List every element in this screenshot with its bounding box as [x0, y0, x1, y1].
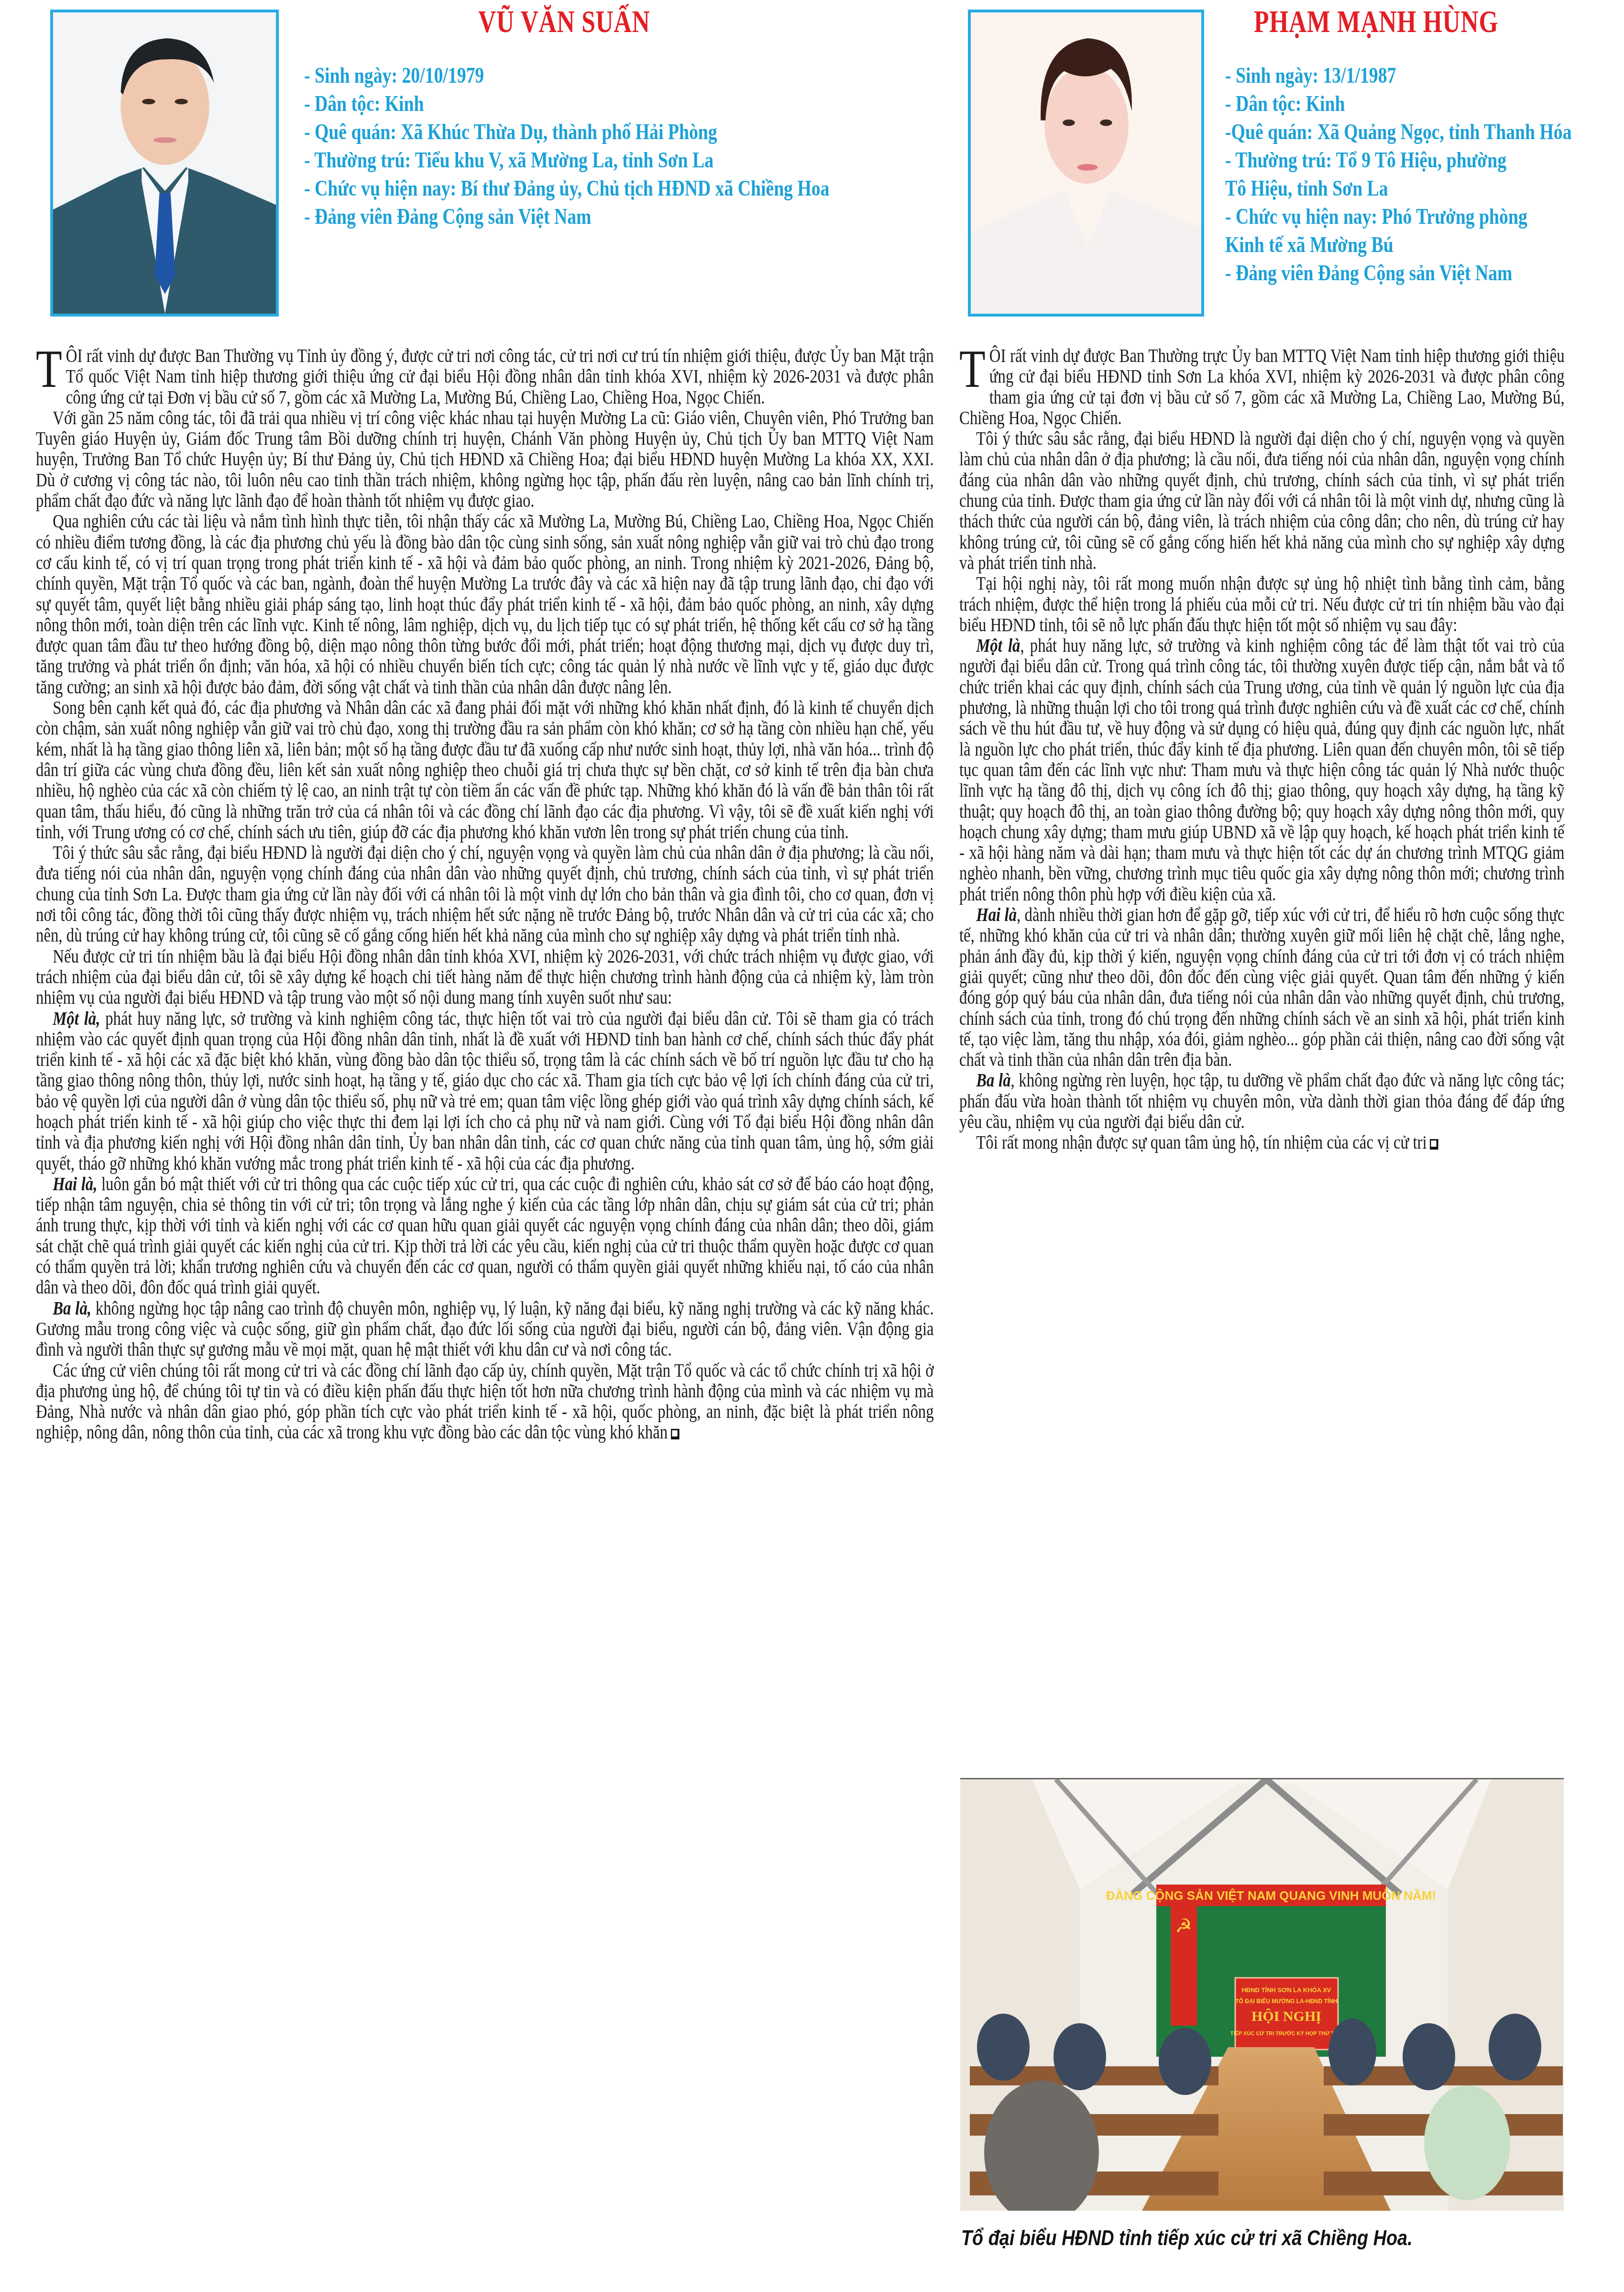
bio-party: - Đảng viên Đảng Cộng sản Việt Nam [1225, 259, 1572, 287]
bio-residence: - Thường trú: Tiểu khu V, xã Mường La, t… [304, 146, 829, 174]
end-mark-icon [1430, 1139, 1438, 1150]
meeting-photo: ĐẢNG CỘNG SẢN VIỆT NAM QUANG VINH MUÔN N… [960, 1778, 1564, 2211]
candidate-2-bio: - Sinh ngày: 13/1/1987 - Dân tộc: Kinh -… [1225, 61, 1572, 287]
article-paragraph: Tại hội nghị này, tôi rất mong muốn nhận… [959, 573, 1565, 635]
candidate-1-photo [50, 10, 279, 317]
article-paragraph: TÔI rất vinh dự được Ban Thường vụ Tỉnh … [36, 345, 934, 407]
end-mark-icon [671, 1429, 680, 1439]
left-article: TÔI rất vinh dự được Ban Thường vụ Tỉnh … [36, 345, 934, 1443]
svg-text:TIẾP XÚC CỬ TRI TRƯỚC KỲ HỌP T: TIẾP XÚC CỬ TRI TRƯỚC KỲ HỌP THỨ TÁM [1230, 2030, 1342, 2037]
bio-position-cont: Kinh tế xã Mường Bú [1225, 230, 1572, 259]
bio-birthdate: - Sinh ngày: 13/1/1987 [1225, 61, 1572, 89]
article-paragraph: Song bên cạnh kết quả đó, các địa phương… [36, 697, 934, 842]
article-paragraph: Ba là, không ngừng học tập nâng cao trìn… [36, 1298, 934, 1360]
article-paragraph: Các ứng cử viên chúng tôi rất mong cử tr… [36, 1360, 934, 1443]
bio-hometown: - Quê quán: Xã Khúc Thừa Dụ, thành phố H… [304, 118, 829, 146]
candidate-1-name: VŨ VĂN SUẤN [478, 4, 650, 40]
article-paragraph: Tôi rất mong nhận được sự quan tâm ủng h… [959, 1132, 1565, 1152]
candidate-2-name: PHẠM MẠNH HÙNG [1254, 4, 1498, 40]
point-label: Một là [976, 634, 1020, 656]
bio-party: - Đảng viên Đảng Cộng sản Việt Nam [304, 202, 829, 230]
article-paragraph: Hai là, dành nhiều thời gian hơn để gặp … [959, 904, 1565, 1070]
bio-position: - Chức vụ hiện nay: Bí thư Đảng ủy, Chủ … [304, 174, 829, 202]
bio-hometown: -Quê quán: Xã Quảng Ngọc, tỉnh Thanh Hóa [1225, 118, 1572, 146]
svg-text:ĐẢNG CỘNG SẢN VIỆT NAM QUANG V: ĐẢNG CỘNG SẢN VIỆT NAM QUANG VINH MUÔN N… [1106, 1888, 1436, 1903]
svg-text:HỘI NGHỊ: HỘI NGHỊ [1251, 2008, 1321, 2024]
bio-ethnicity: - Dân tộc: Kinh [304, 89, 829, 118]
article-paragraph: TÔI rất vinh dự được Ban Thường trực Ủy … [959, 345, 1565, 428]
svg-text:TỔ ĐẠI BIỂU MƯỜNG LA-HĐND TỈNH: TỔ ĐẠI BIỂU MƯỜNG LA-HĐND TỈNH [1235, 1997, 1338, 2005]
drop-cap: T [959, 347, 986, 391]
bio-birthdate: - Sinh ngày: 20/10/1979 [304, 61, 829, 89]
point-label: Một là, [53, 1007, 100, 1029]
svg-text:HĐND TỈNH SƠN LA KHÓA XV: HĐND TỈNH SƠN LA KHÓA XV [1241, 1986, 1331, 1994]
svg-text:☭: ☭ [1175, 1915, 1192, 1937]
article-paragraph: Ba là, không ngừng rèn luyện, học tập, t… [959, 1070, 1565, 1132]
meeting-hall-illustration: ĐẢNG CỘNG SẢN VIỆT NAM QUANG VINH MUÔN N… [960, 1779, 1564, 2211]
bio-position: - Chức vụ hiện nay: Phó Trưởng phòng [1225, 202, 1572, 230]
bio-residence: - Thường trú: Tổ 9 Tô Hiệu, phường [1225, 146, 1572, 174]
article-paragraph: Tôi ý thức sâu sắc rằng, đại biểu HĐND l… [959, 428, 1565, 573]
article-paragraph: Với gần 25 năm công tác, tôi đã trải qua… [36, 407, 934, 511]
article-paragraph: Một là, phát huy năng lực, sở trường và … [959, 635, 1565, 904]
right-article: TÔI rất vinh dự được Ban Thường trực Ủy … [959, 345, 1565, 1153]
photo-caption: Tổ đại biểu HĐND tỉnh tiếp xúc cử tri xã… [961, 2226, 1413, 2250]
portrait-icon [53, 12, 276, 314]
bio-residence-cont: Tô Hiệu, tỉnh Sơn La [1225, 174, 1572, 202]
article-paragraph: Tôi ý thức sâu sắc rằng, đại biểu HĐND l… [36, 842, 934, 945]
article-paragraph: Qua nghiên cứu các tài liệu và nắm tình … [36, 511, 934, 697]
candidate-2-photo [968, 10, 1204, 317]
article-paragraph: Nếu được cử tri tín nhiệm bầu là đại biể… [36, 946, 934, 1008]
article-paragraph: Một là, phát huy năng lực, sở trường và … [36, 1008, 934, 1173]
portrait-icon [971, 12, 1201, 314]
bio-ethnicity: - Dân tộc: Kinh [1225, 89, 1572, 118]
point-label: Hai là, [53, 1173, 97, 1195]
drop-cap: T [36, 347, 62, 391]
point-label: Ba là, [53, 1297, 91, 1319]
point-label: Ba là [976, 1069, 1010, 1091]
point-label: Hai là [976, 903, 1017, 925]
candidate-1-bio: - Sinh ngày: 20/10/1979 - Dân tộc: Kinh … [304, 61, 829, 230]
article-paragraph: Hai là, luôn gắn bó mật thiết với cử tri… [36, 1173, 934, 1298]
